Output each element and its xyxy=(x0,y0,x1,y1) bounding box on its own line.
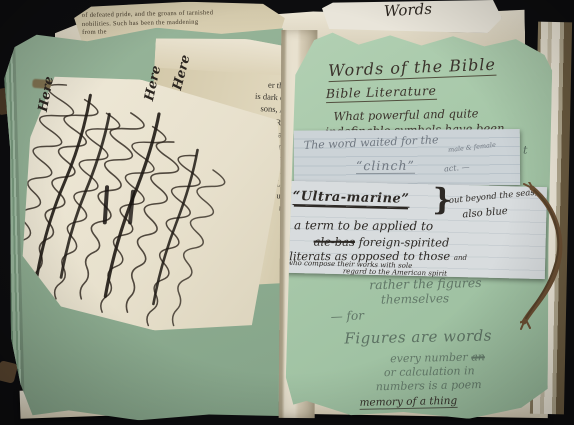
tab-label: Words xyxy=(384,0,433,20)
pencil-line: or calculation in xyxy=(384,364,475,379)
green-fragment: t xyxy=(523,143,528,156)
ultramarine-line: a term to be applied to xyxy=(294,218,433,233)
clinch-note-word: “clinch” xyxy=(356,158,415,174)
ink-line: What powerful and quite xyxy=(333,106,478,123)
pencil-struck-word: an xyxy=(471,350,485,363)
struck-word: ale-bas xyxy=(314,235,355,249)
words-tab: Words xyxy=(322,0,502,33)
pencil-line: themselves xyxy=(381,291,449,306)
ultramarine-term: “Ultra-marine” xyxy=(292,189,409,208)
scrapbook-photo: of defeated pride, and the groans of tar… xyxy=(0,0,574,425)
page-title: Words of the Bible xyxy=(328,55,496,82)
pencil-line: rather the figures xyxy=(369,275,482,292)
gloss-line: also blue xyxy=(462,206,508,221)
ultramarine-note: “Ultra-marine” } out beyond the seas, al… xyxy=(283,181,547,279)
bottom-ink-line: memory of a thing xyxy=(359,395,457,410)
pencil-line: — for xyxy=(330,308,364,323)
clinch-note: The word waited for the male & female “c… xyxy=(294,129,520,187)
binding-twine xyxy=(520,182,574,332)
clinch-note-after: act. — xyxy=(444,163,470,174)
clinch-note-line: The word waited for the xyxy=(304,133,439,152)
pencil-line: every number an xyxy=(390,350,485,365)
pencil-line: Figures are words xyxy=(344,326,492,347)
left-page: er the na- is dark deeds sons, Alex- fro… xyxy=(3,24,293,423)
clinch-note-inset: male & female xyxy=(448,141,497,154)
ultramarine-line: ale-bas foreign-spirited xyxy=(314,235,450,250)
right-page: Words of the Bible Bible Literature What… xyxy=(285,28,552,420)
page-subtitle: Bible Literature xyxy=(326,83,437,103)
pencil-line: numbers is a poem xyxy=(376,378,482,393)
dark-page-edge-bottom-left xyxy=(0,360,18,384)
